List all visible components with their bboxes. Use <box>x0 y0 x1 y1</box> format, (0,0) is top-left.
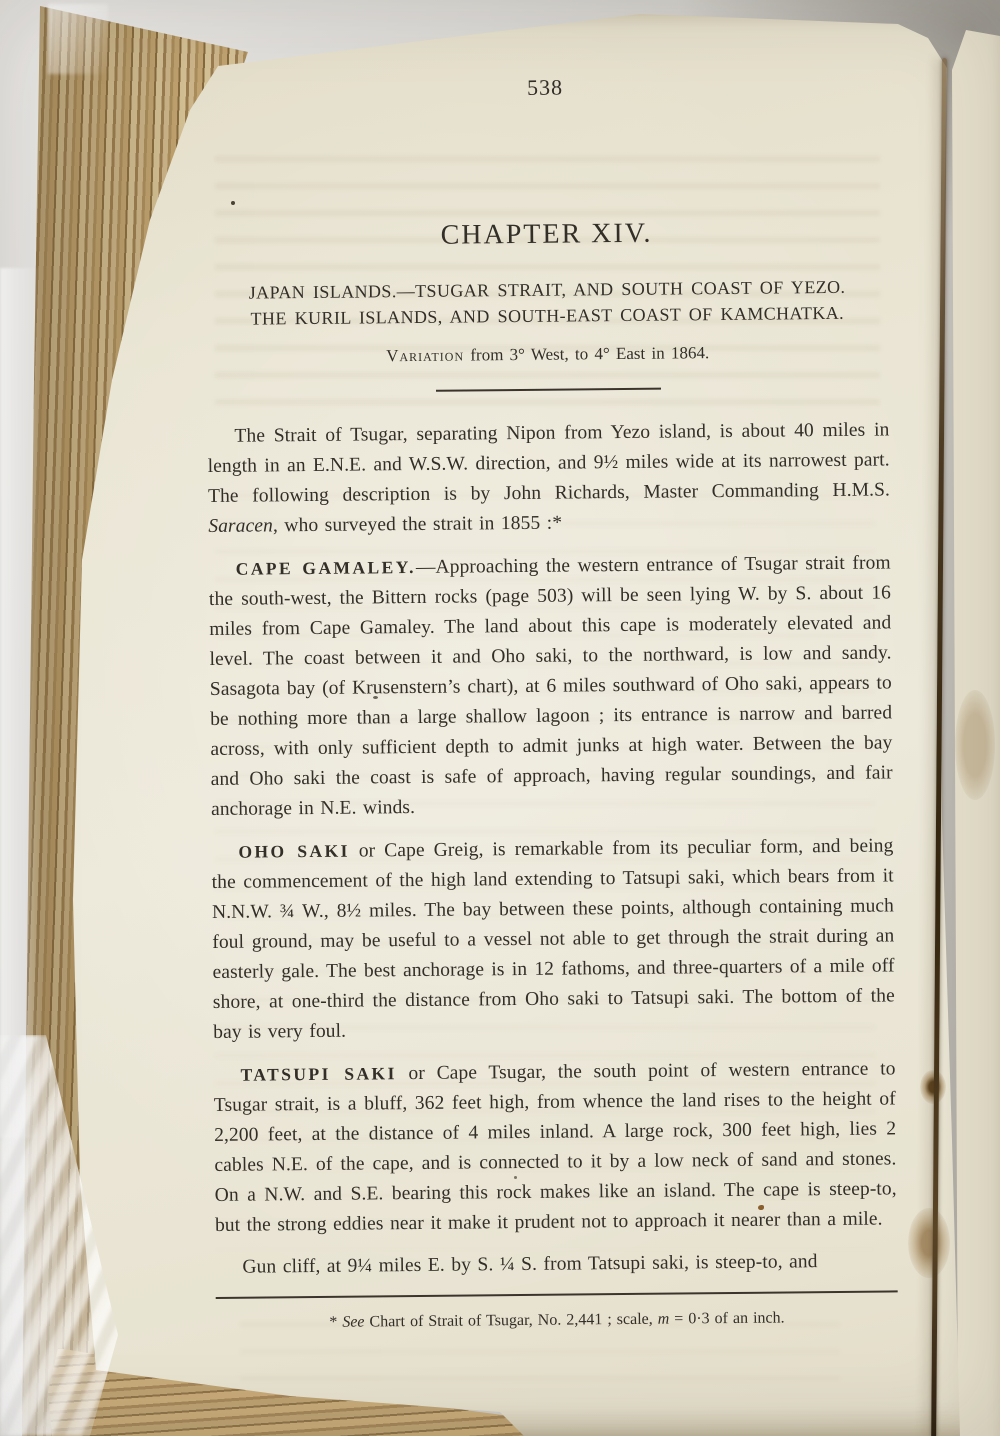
text-segment: or Cape Tsugar, the south point of weste… <box>214 1059 897 1237</box>
text-segment: Chart of Strait of Tsugar, No. 2,441 ; s… <box>364 1311 657 1331</box>
text-segment: Saracen <box>208 516 273 538</box>
paragraph: OHO SAKI or Cape Greig, is remarkable fr… <box>211 831 895 1049</box>
text-segment: The Strait of Tsugar, separating Nipon f… <box>208 420 890 508</box>
text-segment: = 0·3 of an inch. <box>669 1310 784 1328</box>
paragraph: The Strait of Tsugar, separating Nipon f… <box>207 416 890 543</box>
text-segment: Variation <box>386 346 464 366</box>
text-segment: or Cape Greig, is remarkable from its pe… <box>212 836 895 1044</box>
text-segment: , who surveyed the strait in 1855 :* <box>273 513 562 537</box>
section-divider <box>436 388 661 392</box>
chapter-subtitle: JAPAN ISLANDS.—TSUGAR STRAIT, AND SOUTH … <box>206 273 888 332</box>
text-segment: OHO SAKI <box>238 841 350 862</box>
subtitle-line-2: THE KURIL ISLANDS, AND SOUTH-EAST COAST … <box>206 300 888 333</box>
body-paragraphs: The Strait of Tsugar, separating Nipon f… <box>207 416 897 1284</box>
chapter-heading: CHAPTER XIV. <box>205 215 887 254</box>
text-segment: Gun cliff, at 9¼ miles E. by S. ¼ S. fro… <box>242 1251 817 1278</box>
paragraph: TATSUPI SAKI or Cape Tsugar, the south p… <box>213 1054 897 1242</box>
text-segment: CAPE GAMALEY. <box>236 557 416 579</box>
book-photo: 538 CHAPTER XIV. JAPAN ISLANDS.—TSUGAR S… <box>0 0 1000 1436</box>
text-segment: m <box>658 1311 670 1328</box>
printed-content: 538 CHAPTER XIV. JAPAN ISLANDS.—TSUGAR S… <box>204 71 898 1333</box>
footnote-rule <box>216 1291 898 1300</box>
text-segment: See <box>342 1314 364 1331</box>
variation-note: Variation from 3° West, to 4° East in 18… <box>207 342 889 369</box>
text-segment: —Approaching the western entrance of Tsu… <box>209 553 893 821</box>
paragraph: Gun cliff, at 9¼ miles E. by S. ¼ S. fro… <box>215 1247 897 1284</box>
text-segment: from 3° West, to 4° East in 1864. <box>464 343 709 364</box>
text-segment: TATSUPI SAKI <box>240 1063 396 1084</box>
text-segment: * <box>329 1314 342 1331</box>
page-number: 538 <box>204 71 886 104</box>
footnote: * See Chart of Strait of Tsugar, No. 2,4… <box>216 1309 898 1334</box>
gutter-stain <box>908 1208 950 1278</box>
paragraph: CAPE GAMALEY.—Approaching the western en… <box>209 548 894 826</box>
